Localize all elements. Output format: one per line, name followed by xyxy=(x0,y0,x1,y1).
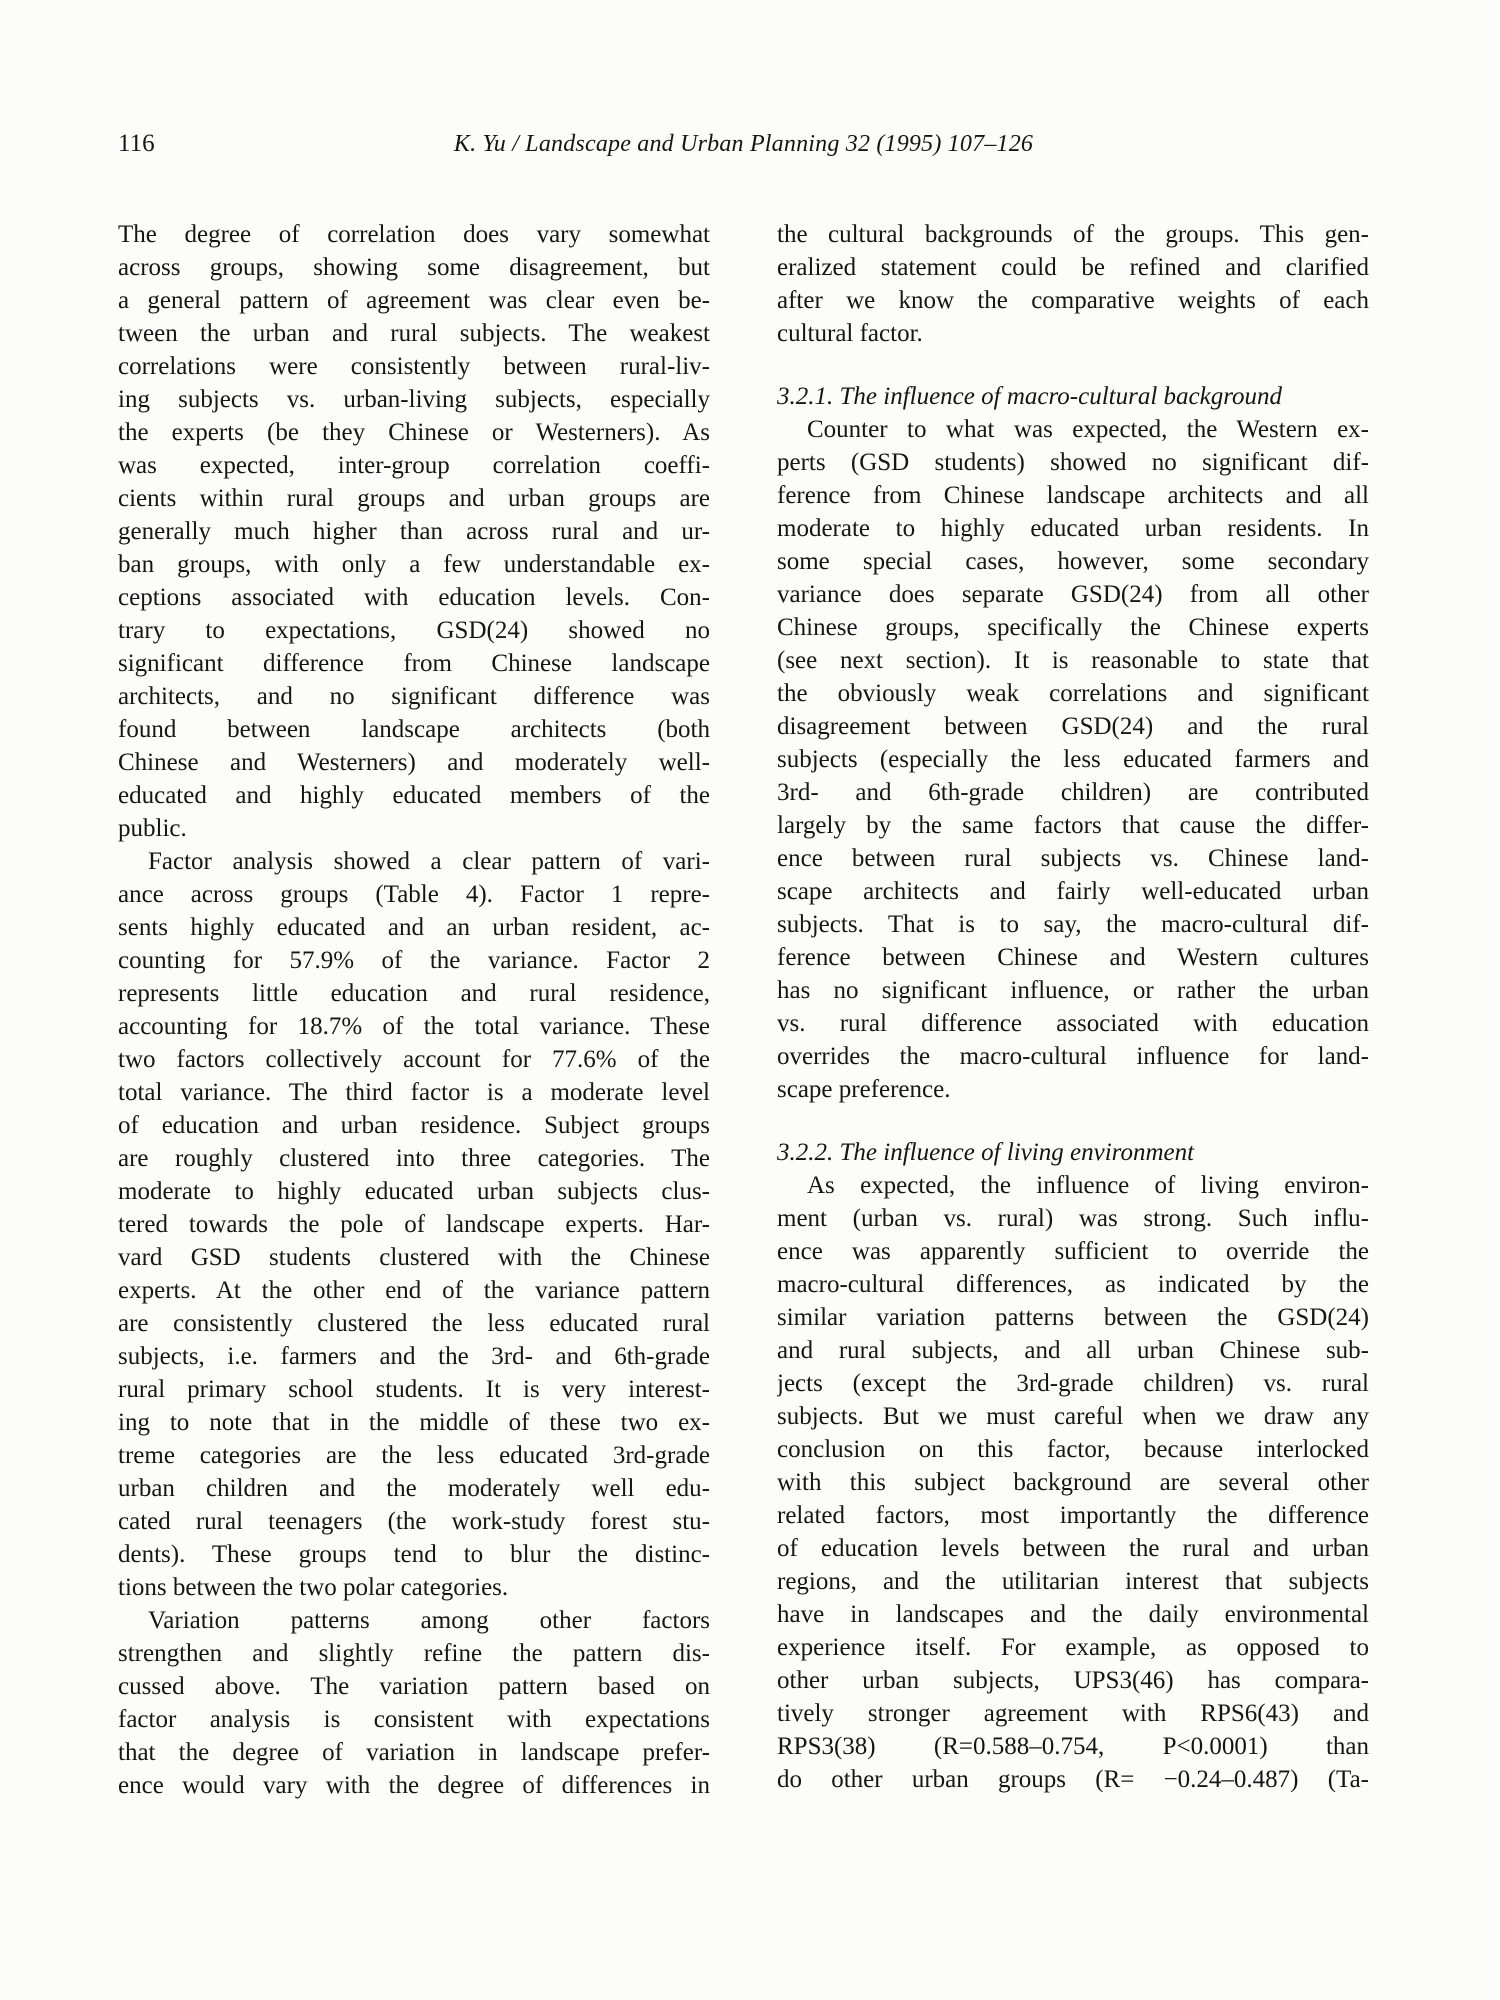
text-line: related factors, most importantly the di… xyxy=(777,1499,1369,1532)
left-column: The degree of correlation does vary some… xyxy=(118,218,710,1802)
text-line: subjects. But we must careful when we dr… xyxy=(777,1400,1369,1433)
text-line: Factor analysis showed a clear pattern o… xyxy=(118,845,710,878)
text-line: ance across groups (Table 4). Factor 1 r… xyxy=(118,878,710,911)
text-line: largely by the same factors that cause t… xyxy=(777,809,1369,842)
text-line: disagreement between GSD(24) and the rur… xyxy=(777,710,1369,743)
text-line: ing subjects vs. urban-living subjects, … xyxy=(118,383,710,416)
text-line: that the degree of variation in landscap… xyxy=(118,1736,710,1769)
text-line: other urban subjects, UPS3(46) has compa… xyxy=(777,1664,1369,1697)
page-header: 116 K. Yu / Landscape and Urban Planning… xyxy=(118,126,1369,162)
text-line: 3rd- and 6th-grade children) are contrib… xyxy=(777,776,1369,809)
section-heading: 3.2.1. The influence of macro-cultural b… xyxy=(777,380,1369,413)
text-line: ference from Chinese landscape architect… xyxy=(777,479,1369,512)
text-line: strengthen and slightly refine the patte… xyxy=(118,1637,710,1670)
text-line: ence between rural subjects vs. Chinese … xyxy=(777,842,1369,875)
text-line: are roughly clustered into three categor… xyxy=(118,1142,710,1175)
text-line: sents highly educated and an urban resid… xyxy=(118,911,710,944)
text-line: after we know the comparative weights of… xyxy=(777,284,1369,317)
text-line: variance does separate GSD(24) from all … xyxy=(777,578,1369,611)
text-line: ban groups, with only a few understandab… xyxy=(118,548,710,581)
text-line: subjects, i.e. farmers and the 3rd- and … xyxy=(118,1340,710,1373)
text-line: and rural subjects, and all urban Chines… xyxy=(777,1334,1369,1367)
text-line: the experts (be they Chinese or Westerne… xyxy=(118,416,710,449)
text-line: the obviously weak correlations and sign… xyxy=(777,677,1369,710)
text-line: trary to expectations, GSD(24) showed no xyxy=(118,614,710,647)
text-line: across groups, showing some disagreement… xyxy=(118,251,710,284)
text-line: was expected, inter-group correlation co… xyxy=(118,449,710,482)
text-line: found between landscape architects (both xyxy=(118,713,710,746)
text-line: counting for 57.9% of the variance. Fact… xyxy=(118,944,710,977)
text-line: cussed above. The variation pattern base… xyxy=(118,1670,710,1703)
text-line: cultural factor. xyxy=(777,317,1369,350)
text-line: moderate to highly educated urban reside… xyxy=(777,512,1369,545)
text-line: significant difference from Chinese land… xyxy=(118,647,710,680)
text-line: perts (GSD students) showed no significa… xyxy=(777,446,1369,479)
text-line: Chinese groups, specifically the Chinese… xyxy=(777,611,1369,644)
text-line: are consistently clustered the less educ… xyxy=(118,1307,710,1340)
running-head: K. Yu / Landscape and Urban Planning 32 … xyxy=(118,126,1369,162)
text-line: regions, and the utilitarian interest th… xyxy=(777,1565,1369,1598)
text-line: tively stronger agreement with RPS6(43) … xyxy=(777,1697,1369,1730)
text-line: a general pattern of agreement was clear… xyxy=(118,284,710,317)
text-line: of education and urban residence. Subjec… xyxy=(118,1109,710,1142)
text-line: moderate to highly educated urban subjec… xyxy=(118,1175,710,1208)
text-line: The degree of correlation does vary some… xyxy=(118,218,710,251)
text-line: accounting for 18.7% of the total varian… xyxy=(118,1010,710,1043)
text-line: public. xyxy=(118,812,710,845)
text-line: vard GSD students clustered with the Chi… xyxy=(118,1241,710,1274)
right-column: the cultural backgrounds of the groups. … xyxy=(777,218,1369,1802)
text-line: scape architects and fairly well-educate… xyxy=(777,875,1369,908)
text-line: represents little education and rural re… xyxy=(118,977,710,1010)
text-line: some special cases, however, some second… xyxy=(777,545,1369,578)
text-line: jects (except the 3rd-grade children) vs… xyxy=(777,1367,1369,1400)
text-line: subjects. That is to say, the macro-cult… xyxy=(777,908,1369,941)
text-line: similar variation patterns between the G… xyxy=(777,1301,1369,1334)
text-line: the cultural backgrounds of the groups. … xyxy=(777,218,1369,251)
text-line: macro-cultural differences, as indicated… xyxy=(777,1268,1369,1301)
text-line: subjects (especially the less educated f… xyxy=(777,743,1369,776)
text-line: with this subject background are several… xyxy=(777,1466,1369,1499)
text-line: urban children and the moderately well e… xyxy=(118,1472,710,1505)
text-line: cients within rural groups and urban gro… xyxy=(118,482,710,515)
two-column-text-block: The degree of correlation does vary some… xyxy=(118,218,1369,1802)
text-line: cated rural teenagers (the work-study fo… xyxy=(118,1505,710,1538)
section-heading: 3.2.2. The influence of living environme… xyxy=(777,1136,1369,1169)
text-line: tered towards the pole of landscape expe… xyxy=(118,1208,710,1241)
text-line: two factors collectively account for 77.… xyxy=(118,1043,710,1076)
journal-page: 116 K. Yu / Landscape and Urban Planning… xyxy=(0,0,1500,2000)
text-line: ment (urban vs. rural) was strong. Such … xyxy=(777,1202,1369,1235)
text-line: treme categories are the less educated 3… xyxy=(118,1439,710,1472)
text-line: tween the urban and rural subjects. The … xyxy=(118,317,710,350)
text-line: (see next section). It is reasonable to … xyxy=(777,644,1369,677)
text-line: vs. rural difference associated with edu… xyxy=(777,1007,1369,1040)
text-line: dents). These groups tend to blur the di… xyxy=(118,1538,710,1571)
text-line: tions between the two polar categories. xyxy=(118,1571,710,1604)
text-line: ence would vary with the degree of diffe… xyxy=(118,1769,710,1802)
text-line: ceptions associated with education level… xyxy=(118,581,710,614)
text-line: rural primary school students. It is ver… xyxy=(118,1373,710,1406)
text-line: ference between Chinese and Western cult… xyxy=(777,941,1369,974)
text-line: ing to note that in the middle of these … xyxy=(118,1406,710,1439)
text-line: correlations were consistently between r… xyxy=(118,350,710,383)
text-line: has no significant influence, or rather … xyxy=(777,974,1369,1007)
text-line: Counter to what was expected, the Wester… xyxy=(777,413,1369,446)
text-line: have in landscapes and the daily environ… xyxy=(777,1598,1369,1631)
text-line: experts. At the other end of the varianc… xyxy=(118,1274,710,1307)
text-line: experience itself. For example, as oppos… xyxy=(777,1631,1369,1664)
text-line: educated and highly educated members of … xyxy=(118,779,710,812)
text-line: conclusion on this factor, because inter… xyxy=(777,1433,1369,1466)
text-line: scape preference. xyxy=(777,1073,1369,1106)
text-line: generally much higher than across rural … xyxy=(118,515,710,548)
text-line: total variance. The third factor is a mo… xyxy=(118,1076,710,1109)
text-line: factor analysis is consistent with expec… xyxy=(118,1703,710,1736)
text-line: Variation patterns among other factors xyxy=(118,1604,710,1637)
text-line: ence was apparently sufficient to overri… xyxy=(777,1235,1369,1268)
text-line: Chinese and Westerners) and moderately w… xyxy=(118,746,710,779)
text-line: eralized statement could be refined and … xyxy=(777,251,1369,284)
text-line: architects, and no significant differenc… xyxy=(118,680,710,713)
text-line: do other urban groups (R= −0.24–0.487) (… xyxy=(777,1763,1369,1796)
text-line: RPS3(38) (R=0.588–0.754, P<0.0001) than xyxy=(777,1730,1369,1763)
text-line: As expected, the influence of living env… xyxy=(777,1169,1369,1202)
text-line: overrides the macro-cultural influence f… xyxy=(777,1040,1369,1073)
text-line: of education levels between the rural an… xyxy=(777,1532,1369,1565)
